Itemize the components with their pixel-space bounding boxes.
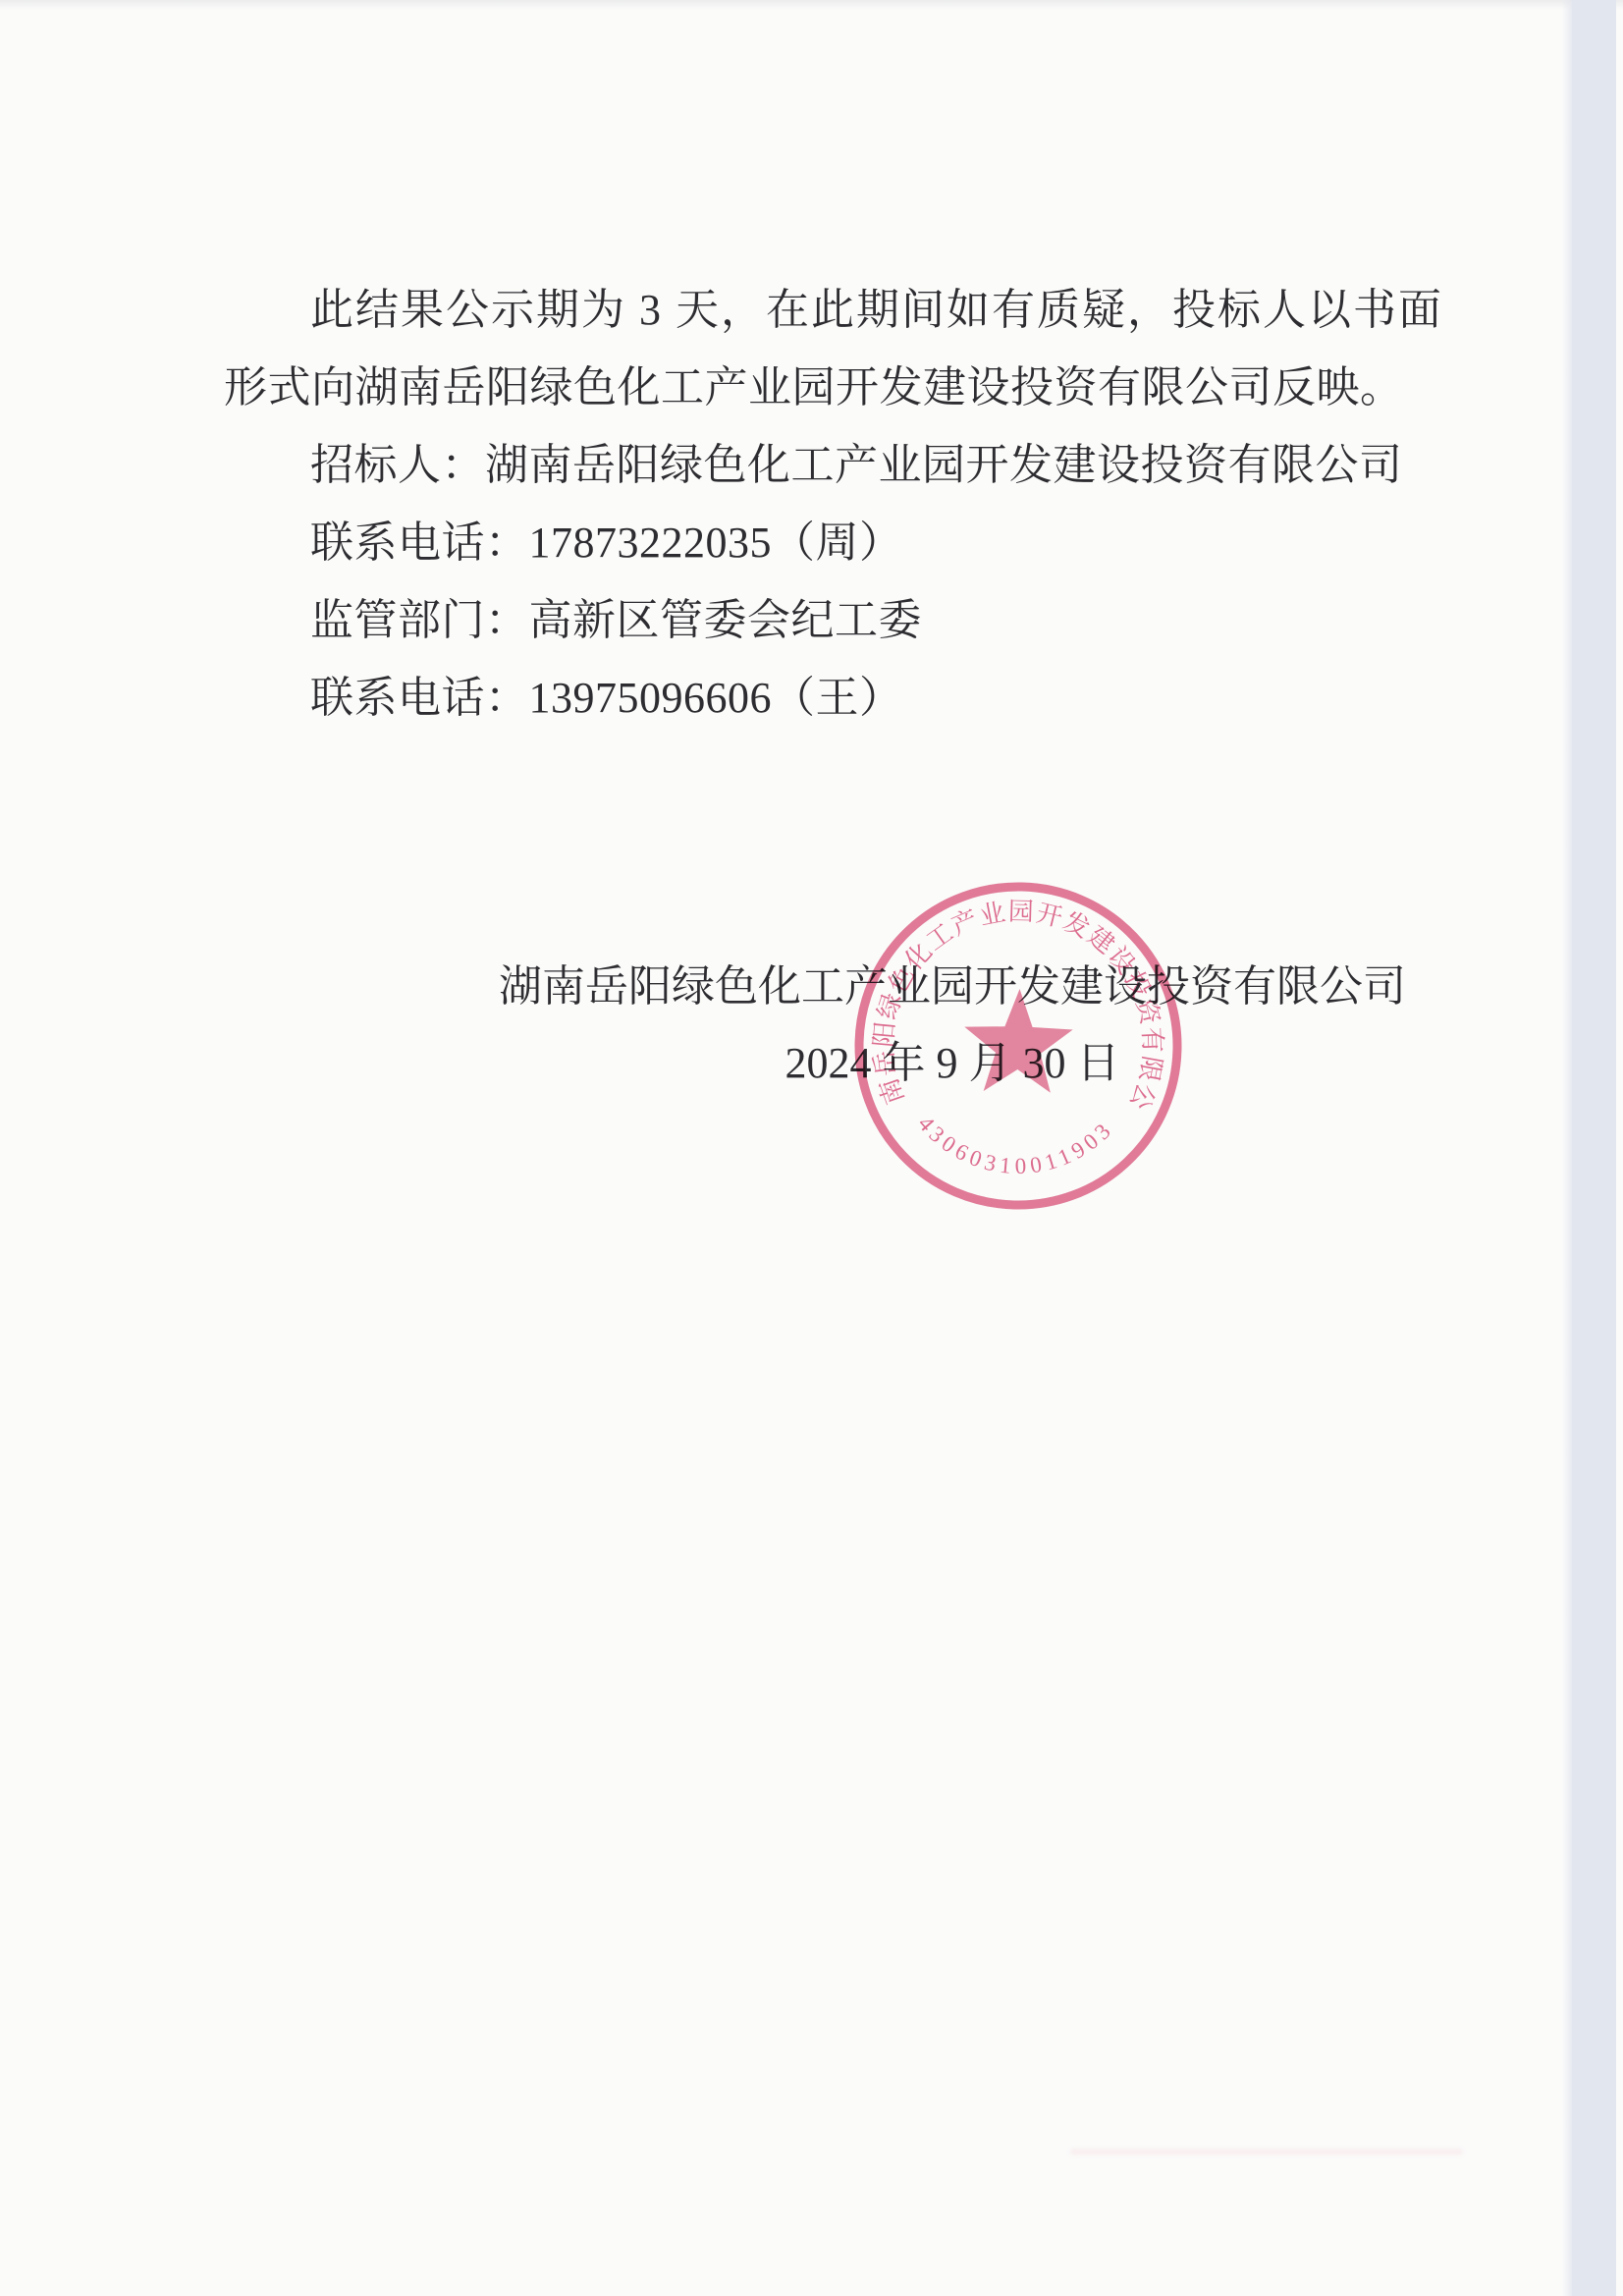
supervision-phone-line: 联系电话：13975096606（王） bbox=[224, 659, 1422, 737]
company-seal-stamp: 湖南岳阳绿色化工产业园开发建设投资有限公司 43060310011903 bbox=[837, 864, 1199, 1227]
scan-artifact-smear bbox=[1070, 2149, 1463, 2155]
scan-top-shadow bbox=[0, 0, 1623, 10]
seal-star-icon bbox=[963, 988, 1074, 1094]
paragraph-line: 形式向湖南岳阳绿色化工产业园开发建设投资有限公司反映。 bbox=[224, 349, 1422, 426]
seal-ring-text: 湖南岳阳绿色化工产业园开发建设投资有限公司 bbox=[837, 864, 1171, 1115]
scan-edge-band bbox=[1572, 0, 1616, 2296]
scanned-document-page: 此结果公示期为 3 天，在此期间如有质疑，投标人以书面 形式向湖南岳阳绿色化工产… bbox=[0, 0, 1623, 2296]
supervision-department-line: 监管部门：高新区管委会纪工委 bbox=[224, 581, 1422, 659]
document-body: 此结果公示期为 3 天，在此期间如有质疑，投标人以书面 形式向湖南岳阳绿色化工产… bbox=[224, 271, 1422, 737]
scan-edge-fade bbox=[1562, 0, 1572, 2296]
contact-phone-line: 联系电话：17873222035（周） bbox=[224, 504, 1422, 581]
tenderer-line: 招标人：湖南岳阳绿色化工产业园开发建设投资有限公司 bbox=[224, 426, 1422, 504]
paragraph-line: 此结果公示期为 3 天，在此期间如有质疑，投标人以书面 bbox=[224, 271, 1422, 349]
seal-serial-number: 43060310011903 bbox=[912, 1111, 1119, 1181]
